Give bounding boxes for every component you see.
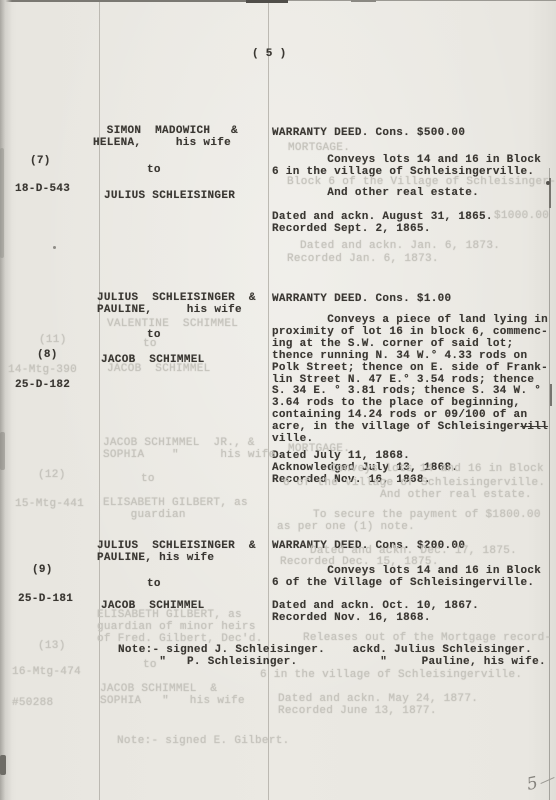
page-number-header: ( 5 ) <box>252 49 287 61</box>
entry-7-extra: And other real estate. <box>272 188 479 200</box>
entry-7-instrument: WARRANTY DEED. Cons. $500.00 <box>272 128 465 140</box>
ghost-text: 15-Mtg-441 <box>15 499 84 511</box>
ghost-text: JACOB SCHIMMEL & SOPHIA " his wife <box>100 684 245 708</box>
top-edge-shadow <box>0 0 280 2</box>
ghost-text: VALENTINE SCHIMMEL <box>107 319 238 331</box>
ghost-text: Releases out of the Mortgage record- <box>303 633 551 645</box>
signature-note: Note:- signed J. Schleisinger. ackd. Jul… <box>118 645 546 669</box>
ghost-text: Recorded Jan. 6, 1873. <box>287 254 439 266</box>
ghost-text: Recorded Dec. 15, 1875. <box>280 557 439 569</box>
ghost-text: #50288 <box>12 698 53 710</box>
ghost-text: Conveys lots 14 and 16 in Block <box>330 464 544 476</box>
ghost-text: JACOB SCHIMMEL JR., & SOPHIA " his wife <box>103 438 276 462</box>
ink-dot <box>53 246 56 249</box>
entry-7-to-label: to <box>147 165 161 177</box>
top-edge-mark <box>246 0 288 3</box>
ghost-text: ELISABETH GILBERT, as guardian of minor … <box>97 610 263 646</box>
entry-9-body: Conveys lots 14 and 16 in Block 6 of the… <box>272 566 541 590</box>
entry-7-dates: Dated and ackn. August 31, 1865. Recorde… <box>272 212 493 236</box>
entry-8-body: Conveys a piece of land lying in proximi… <box>272 315 548 446</box>
handwritten-page-number: 5 <box>525 773 540 795</box>
top-edge-mark-2 <box>351 0 376 2</box>
ghost-text: to <box>143 339 157 351</box>
entry-9-dates: Dated and ackn. Oct. 10, 1867. Recorded … <box>272 601 479 625</box>
ghost-text: MORTGAGE. <box>288 143 350 155</box>
entry-9-grantor: JULIUS SCHLEISINGER & PAULINE, his wife <box>97 541 256 565</box>
ghost-text: 6 in the village of Schleisingerville. <box>260 670 522 682</box>
entry-8-grantor: JULIUS SCHLEISINGER & PAULINE, his wife <box>97 293 256 317</box>
entry-9-index: (9) <box>32 565 53 577</box>
ghost-text: MORTGAGE. <box>288 444 350 456</box>
ghost-text: (12) <box>38 470 66 482</box>
left-edge-smudge <box>0 148 4 258</box>
ghost-text: to <box>143 660 157 672</box>
right-edge-line <box>549 168 550 800</box>
entry-9-ref: 25-D-181 <box>18 594 73 606</box>
ghost-text: as per one (1) note. <box>277 522 415 534</box>
ghost-text: (13) <box>38 641 66 653</box>
entry-8-instrument: WARRANTY DEED. Cons. $1.00 <box>272 294 451 306</box>
entry-8-ref: 25-D-182 <box>15 380 70 392</box>
entry-8-body-struck-text: vill <box>520 421 548 433</box>
entry-7-grantor: SIMON MADOWICH & HELENA, his wife <box>93 126 238 150</box>
entry-8-body-text: Conveys a piece of land lying in proximi… <box>272 314 548 433</box>
left-edge-smudge-2 <box>0 432 5 470</box>
entry-7-ref: 18-D-543 <box>15 184 70 196</box>
ghost-text: Block 6 of the Village of Schleisinger- <box>287 177 556 189</box>
entry-7-index: (7) <box>30 156 51 168</box>
ghost-text: 14-Mtg-390 <box>8 365 77 377</box>
ghost-text: Note:- signed E. Gilbert. <box>117 736 290 748</box>
ghost-text: JACOB SCHIMMEL <box>107 364 211 376</box>
ghost-text: ELISABETH GILBERT, as guardian <box>103 498 248 522</box>
ghost-text: And other real estate. <box>380 490 532 502</box>
ghost-text: $1000.00 <box>494 211 549 223</box>
left-edge-smudge-3 <box>0 755 6 775</box>
left-edge-shadow <box>0 0 12 800</box>
scanned-deed-abstract-page: ( 5 ) (7) 18-D-543 SIMON MADOWICH & HELE… <box>0 0 556 800</box>
entry-9-to-label: to <box>147 579 161 591</box>
entry-7-grantee: JULIUS SCHLEISINGER <box>104 191 235 203</box>
pencil-stroke <box>540 777 554 784</box>
ghost-text: to <box>141 474 155 486</box>
ghost-text: 16-Mtg-474 <box>12 667 81 679</box>
entry-8-index: (8) <box>37 350 58 362</box>
right-edge-mark-2 <box>550 384 552 406</box>
ghost-text: Dated and ackn. Jan. 6, 1873. <box>300 241 500 253</box>
ghost-text: (11) <box>39 335 67 347</box>
column-rule-left <box>99 0 100 800</box>
ghost-text: Dated and ackn. May 24, 1877. Recorded J… <box>278 694 478 718</box>
